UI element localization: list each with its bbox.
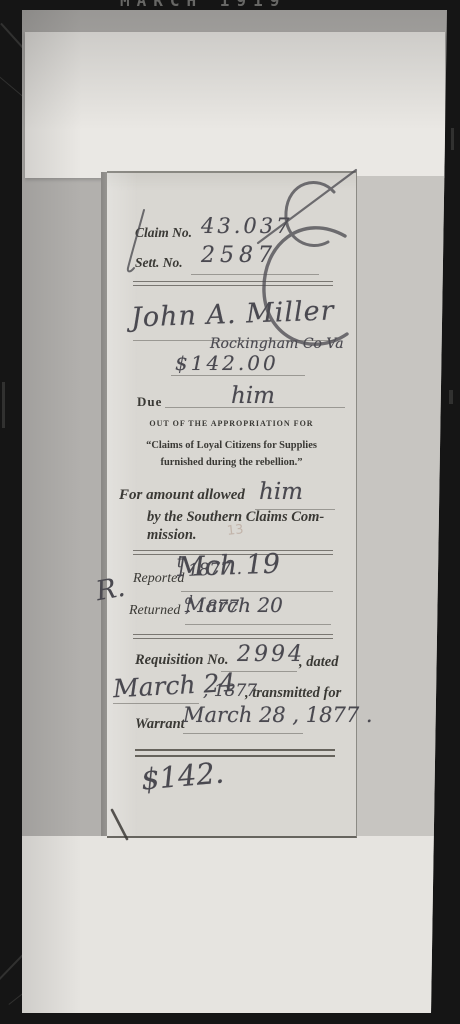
claim-number-value: 43.037 <box>201 214 292 238</box>
scratch-mark <box>0 76 23 96</box>
amount-underline <box>171 375 305 376</box>
total-amount: $142. <box>140 755 226 796</box>
appropriation-quote-line2: furnished during the rebellion.” <box>113 456 350 468</box>
faint-stamp: 13 <box>226 522 244 539</box>
appropriation-heading: OUT OF THE APPROPRIATION FOR <box>107 419 356 428</box>
requisition-label: Requisition No. <box>135 652 228 669</box>
transmitted-label: , transmitted for <box>245 685 341 702</box>
backing-paper-right <box>354 176 449 836</box>
divider-rule-3 <box>133 634 333 639</box>
claimant-location: Rockingham Co Va <box>210 336 344 352</box>
dated-label: , dated <box>299 654 338 671</box>
divider-rule-4 <box>135 749 335 757</box>
claim-cover-document: Claim No. 43.037 Sett. No. 2587 John A. … <box>107 171 357 838</box>
divider-rule-1 <box>133 281 333 286</box>
film-header-text: MARCH 1919 <box>120 0 360 10</box>
reported-underline <box>181 591 333 592</box>
microfilm-frame: MARCH 1919 Claim No. 43.037 Sett. No. 25… <box>0 0 460 1024</box>
returned-date-sup: d <box>185 593 193 607</box>
settlement-underline <box>191 274 319 275</box>
margin-note: R. <box>94 572 128 608</box>
settlement-number-label: Sett. No. <box>135 255 183 271</box>
backing-paper-top <box>25 32 445 178</box>
claimant-name: John A. Miller <box>131 295 336 333</box>
appropriation-quote-line1: “Claims of Loyal Citizens for Supplies <box>113 439 350 451</box>
amount-value: $142.00 <box>175 351 279 375</box>
returned-underline <box>185 624 331 625</box>
due-label: Due <box>137 394 162 410</box>
warrant-date: March 28 , 1877 . <box>183 703 373 727</box>
scratch-mark <box>2 382 5 428</box>
returned-label: Returned <box>129 603 180 619</box>
commission-line2: mission. <box>147 527 197 544</box>
claim-number-label: Claim No. <box>135 225 192 241</box>
scratch-mark <box>451 128 454 150</box>
allowed-value: him <box>259 479 303 505</box>
warrant-label: Warrant <box>135 716 185 733</box>
due-value: him <box>231 383 275 409</box>
warrant-underline <box>183 733 303 734</box>
allowed-printed-text: For amount allowed <box>119 487 245 504</box>
backing-paper-bottom <box>22 836 436 1013</box>
returned-date-main: March 20 <box>185 593 283 617</box>
requisition-number: 2994 <box>237 642 305 667</box>
reported-date-sup: t <box>176 552 183 571</box>
returned-date: March 20d, 1877 . <box>185 593 250 617</box>
reported-date: Mch 19t, 1877 . <box>176 550 242 583</box>
scratch-mark <box>449 390 453 404</box>
due-underline <box>165 407 345 408</box>
film-header: MARCH 1919 <box>120 0 360 11</box>
reported-date-main: Mch 19 <box>176 549 280 584</box>
settlement-number-value: 2587 <box>201 243 277 268</box>
